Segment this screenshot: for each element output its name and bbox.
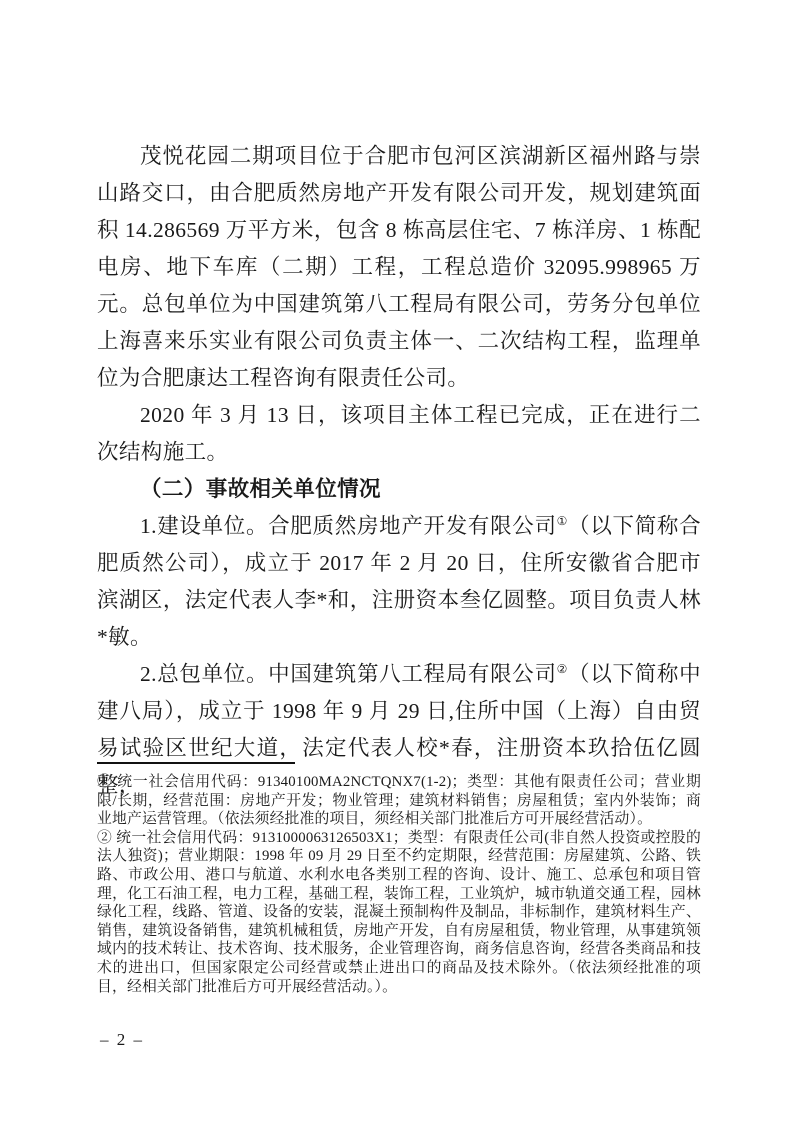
paragraph-construction-unit: 1.建设单位。合肥质然房地产开发有限公司①（以下简称合肥质然公司），成立于 20… [97,508,701,656]
footnote-marker: ② [97,830,112,846]
paragraph-project-status: 2020 年 3 月 13 日，该项目主体工程已完成，正在进行二次结构施工。 [97,397,701,471]
footnote-text: 统一社会信用代码：9131000063126503X1；类型：有限责任公司(非自… [97,830,701,995]
footnote-marker: ① [97,774,113,790]
document-body: 茂悦花园二期项目位于合肥市包河区滨湖新区福州路与崇山路交口，由合肥质然房地产开发… [97,138,701,804]
footnote-separator [97,762,295,764]
footnotes-section: ① 统一社会信用代码：91340100MA2NCTQNX7(1-2)；类型：其他… [97,762,701,996]
footnote-2: ② 统一社会信用代码：9131000063126503X1；类型：有限责任公司(… [97,829,701,996]
paragraph-text-run: 2.总包单位。中国建筑第八工程局有限公司 [140,662,557,686]
paragraph-text-run: 1.建设单位。合肥质然房地产开发有限公司 [140,514,557,538]
footnote-text: 统一社会信用代码：91340100MA2NCTQNX7(1-2)；类型：其他有限… [97,774,701,827]
page-number: – 2 – [100,1030,144,1050]
footnote-ref-2: ② [557,662,568,676]
footnote-ref-1: ① [557,514,568,528]
footnote-1: ① 统一社会信用代码：91340100MA2NCTQNX7(1-2)；类型：其他… [97,773,701,829]
document-page: 茂悦花园二期项目位于合肥市包河区滨湖新区福州路与崇山路交口，由合肥质然房地产开发… [0,0,793,1122]
section-heading: （二）事故相关单位情况 [97,471,701,508]
paragraph-project-overview: 茂悦花园二期项目位于合肥市包河区滨湖新区福州路与崇山路交口，由合肥质然房地产开发… [97,138,701,397]
